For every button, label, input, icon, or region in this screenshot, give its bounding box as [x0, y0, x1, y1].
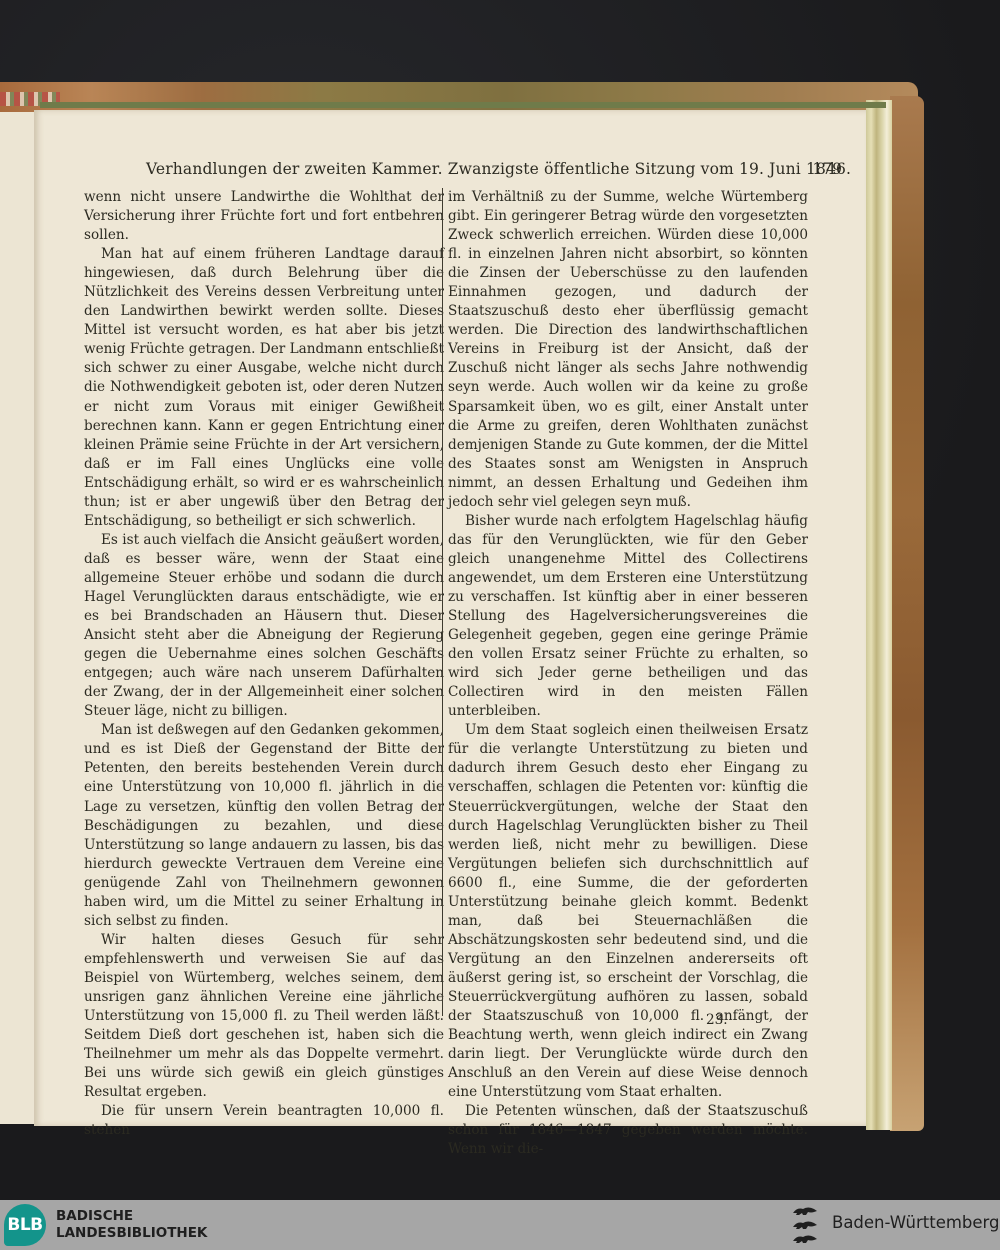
- page-number: 179: [812, 160, 842, 178]
- paragraph: Die für unsern Verein beantragten 10,000…: [84, 1102, 444, 1140]
- paragraph: Man ist deßwegen auf den Gedanken gekomm…: [84, 721, 444, 931]
- paragraph: Man hat auf einem früheren Landtage dara…: [84, 245, 444, 531]
- three-lions-crest-icon: [790, 1204, 820, 1248]
- page-block-edge: [866, 100, 892, 1130]
- running-head: Verhandlungen der zweiten Kammer. Zwanzi…: [34, 160, 866, 184]
- column-divider: [442, 188, 443, 1016]
- book-page: Verhandlungen der zweiten Kammer. Zwanzi…: [34, 110, 866, 1126]
- blb-logo[interactable]: BLB: [4, 1204, 46, 1246]
- paragraph: Wir halten dieses Gesuch für sehr empfeh…: [84, 931, 444, 1102]
- paragraph: wenn nicht unsere Landwirthe die Wohltha…: [84, 188, 444, 245]
- paragraph: Um dem Staat sogleich einen theilweisen …: [448, 721, 808, 1102]
- library-name-line2: LANDESBIBLIOTHEK: [56, 1225, 207, 1242]
- book-cover-right-edge: [890, 96, 924, 1131]
- paragraph: im Verhältniß zu der Summe, welche Würte…: [448, 188, 808, 512]
- binding-rule: [40, 102, 886, 108]
- facing-page-strip: [0, 112, 35, 1124]
- left-column: wenn nicht unsere Landwirthe die Wohltha…: [84, 188, 444, 1140]
- footer-bar: BLB BADISCHE LANDESBIBLIOTHEK Baden-Würt…: [0, 1200, 1000, 1250]
- library-name-line1: BADISCHE: [56, 1208, 207, 1225]
- paragraph: Es ist auch vielfach die Ansicht geäußer…: [84, 531, 444, 721]
- running-head-title: Verhandlungen der zweiten Kammer. Zwanzi…: [146, 160, 851, 178]
- right-column: im Verhältniß zu der Summe, welche Würte…: [448, 188, 808, 1159]
- state-name[interactable]: Baden-Württemberg: [832, 1213, 1000, 1232]
- printer-signature: 23.: [706, 1012, 728, 1028]
- library-name[interactable]: BADISCHE LANDESBIBLIOTHEK: [56, 1208, 207, 1242]
- paragraph: Die Petenten wünschen, daß der Staatszus…: [448, 1102, 808, 1159]
- paragraph: Bisher wurde nach erfolgtem Hagelschlag …: [448, 512, 808, 722]
